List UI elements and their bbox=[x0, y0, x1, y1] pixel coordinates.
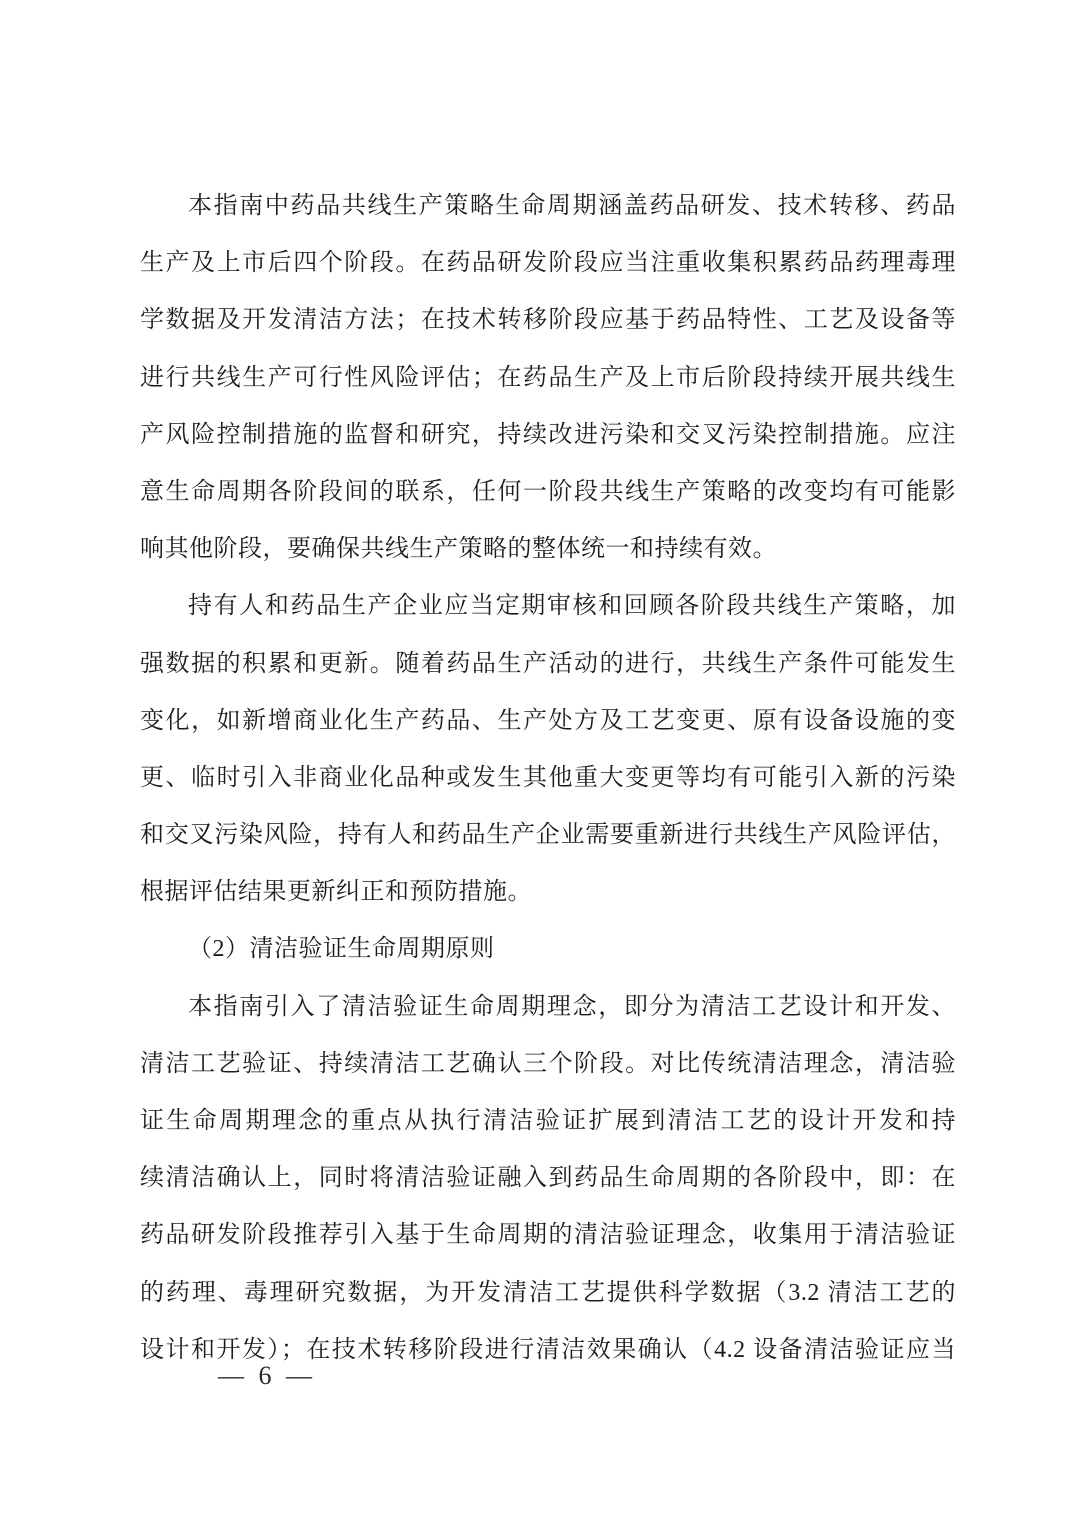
text-line: 根据评估结果更新纠正和预防措施。 bbox=[140, 864, 956, 921]
text-line: 本指南中药品共线生产策略生命周期涵盖药品研发、技术转移、药品 bbox=[140, 178, 956, 235]
document-body: 本指南中药品共线生产策略生命周期涵盖药品研发、技术转移、药品 生产及上市后四个阶… bbox=[140, 178, 956, 1379]
document-page: 本指南中药品共线生产策略生命周期涵盖药品研发、技术转移、药品 生产及上市后四个阶… bbox=[0, 0, 1080, 1526]
text-line: 本指南引入了清洁验证生命周期理念，即分为清洁工艺设计和开发、 bbox=[140, 979, 956, 1036]
text-line: 清洁工艺验证、持续清洁工艺确认三个阶段。对比传统清洁理念，清洁验 bbox=[140, 1036, 956, 1093]
text-line: 意生命周期各阶段间的联系，任何一阶段共线生产策略的改变均有可能影 bbox=[140, 464, 956, 521]
text-line: 学数据及开发清洁方法；在技术转移阶段应基于药品特性、工艺及设备等 bbox=[140, 292, 956, 349]
text-line: 强数据的积累和更新。随着药品生产活动的进行，共线生产条件可能发生 bbox=[140, 636, 956, 693]
text-line: 变化，如新增商业化生产药品、生产处方及工艺变更、原有设备设施的变 bbox=[140, 693, 956, 750]
text-line: 的药理、毒理研究数据，为开发清洁工艺提供科学数据（3.2 清洁工艺的 bbox=[140, 1265, 956, 1322]
text-line: 生产及上市后四个阶段。在药品研发阶段应当注重收集积累药品药理毒理 bbox=[140, 235, 956, 292]
text-line: 更、临时引入非商业化品种或发生其他重大变更等均有可能引入新的污染 bbox=[140, 750, 956, 807]
text-line: 产风险控制措施的监督和研究，持续改进污染和交叉污染控制措施。应注 bbox=[140, 407, 956, 464]
text-line: 持有人和药品生产企业应当定期审核和回顾各阶段共线生产策略，加 bbox=[140, 578, 956, 635]
text-line: 续清洁确认上，同时将清洁验证融入到药品生命周期的各阶段中，即：在 bbox=[140, 1150, 956, 1207]
text-line: 证生命周期理念的重点从执行清洁验证扩展到清洁工艺的设计开发和持 bbox=[140, 1093, 956, 1150]
text-line: 响其他阶段，要确保共线生产策略的整体统一和持续有效。 bbox=[140, 521, 956, 578]
text-line: 和交叉污染风险，持有人和药品生产企业需要重新进行共线生产风险评估， bbox=[140, 807, 956, 864]
text-line: 进行共线生产可行性风险评估；在药品生产及上市后阶段持续开展共线生 bbox=[140, 350, 956, 407]
text-line: 药品研发阶段推荐引入基于生命周期的清洁验证理念，收集用于清洁验证 bbox=[140, 1207, 956, 1264]
section-heading: （2）清洁验证生命周期原则 bbox=[140, 921, 956, 978]
page-number: — 6 — bbox=[218, 1356, 316, 1396]
